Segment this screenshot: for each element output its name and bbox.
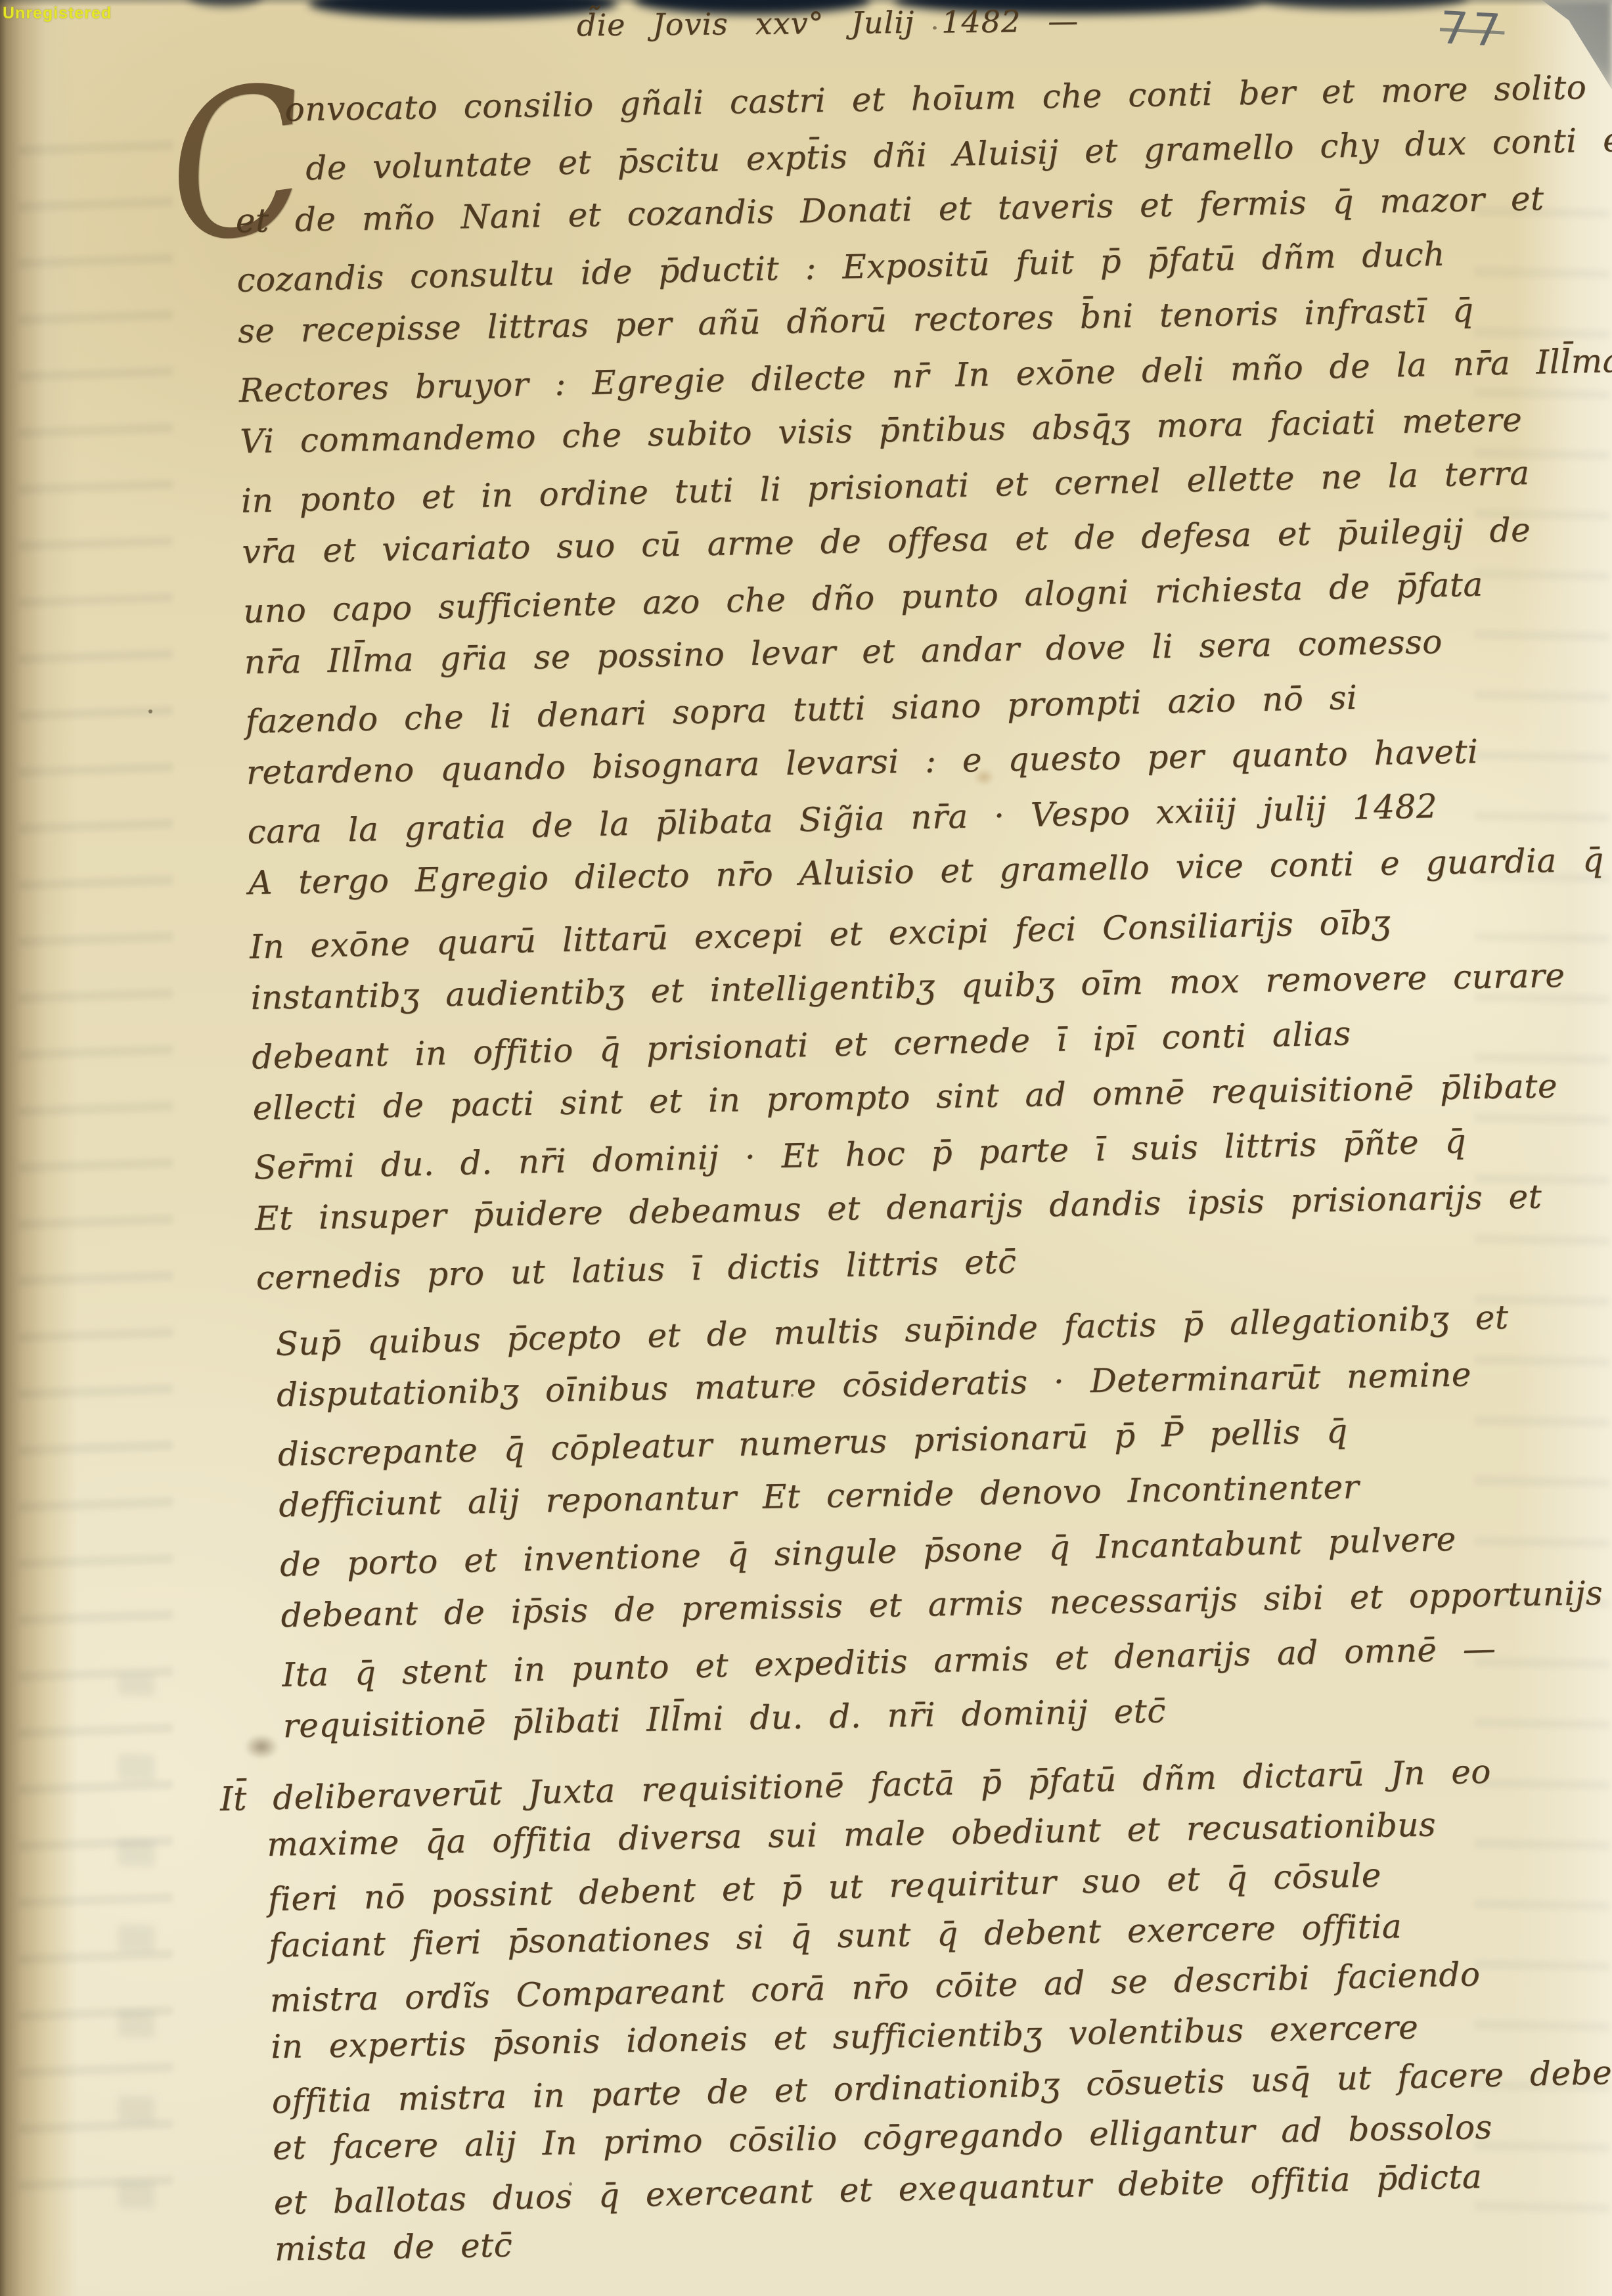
- ink-speck: [148, 709, 152, 713]
- paragraph-convocato: C onvocato consilio gñali castri et hoīu…: [233, 60, 1510, 912]
- scanner-watermark: Unregistered: [3, 4, 112, 23]
- paragraph-super-quibus: Sup̄ quibus p̄cepto et de multis sup̄ind…: [275, 1290, 1545, 1755]
- manuscript-text-block: C onvocato consilio gñali castri et hoīu…: [231, 0, 1523, 2296]
- ink-bleed-through-strip: [118, 1675, 154, 2266]
- manuscript-page: Unregistered d̃ie Jovis xxv° Julij 1482 …: [0, 0, 1612, 2296]
- paragraph-item-deliberaverunt: It̄ deliberaverūt Juxta requisitionē fac…: [265, 1746, 1536, 2276]
- paragraph-in-executione: In exōne quarū littarū excepi et excipi …: [249, 892, 1517, 1303]
